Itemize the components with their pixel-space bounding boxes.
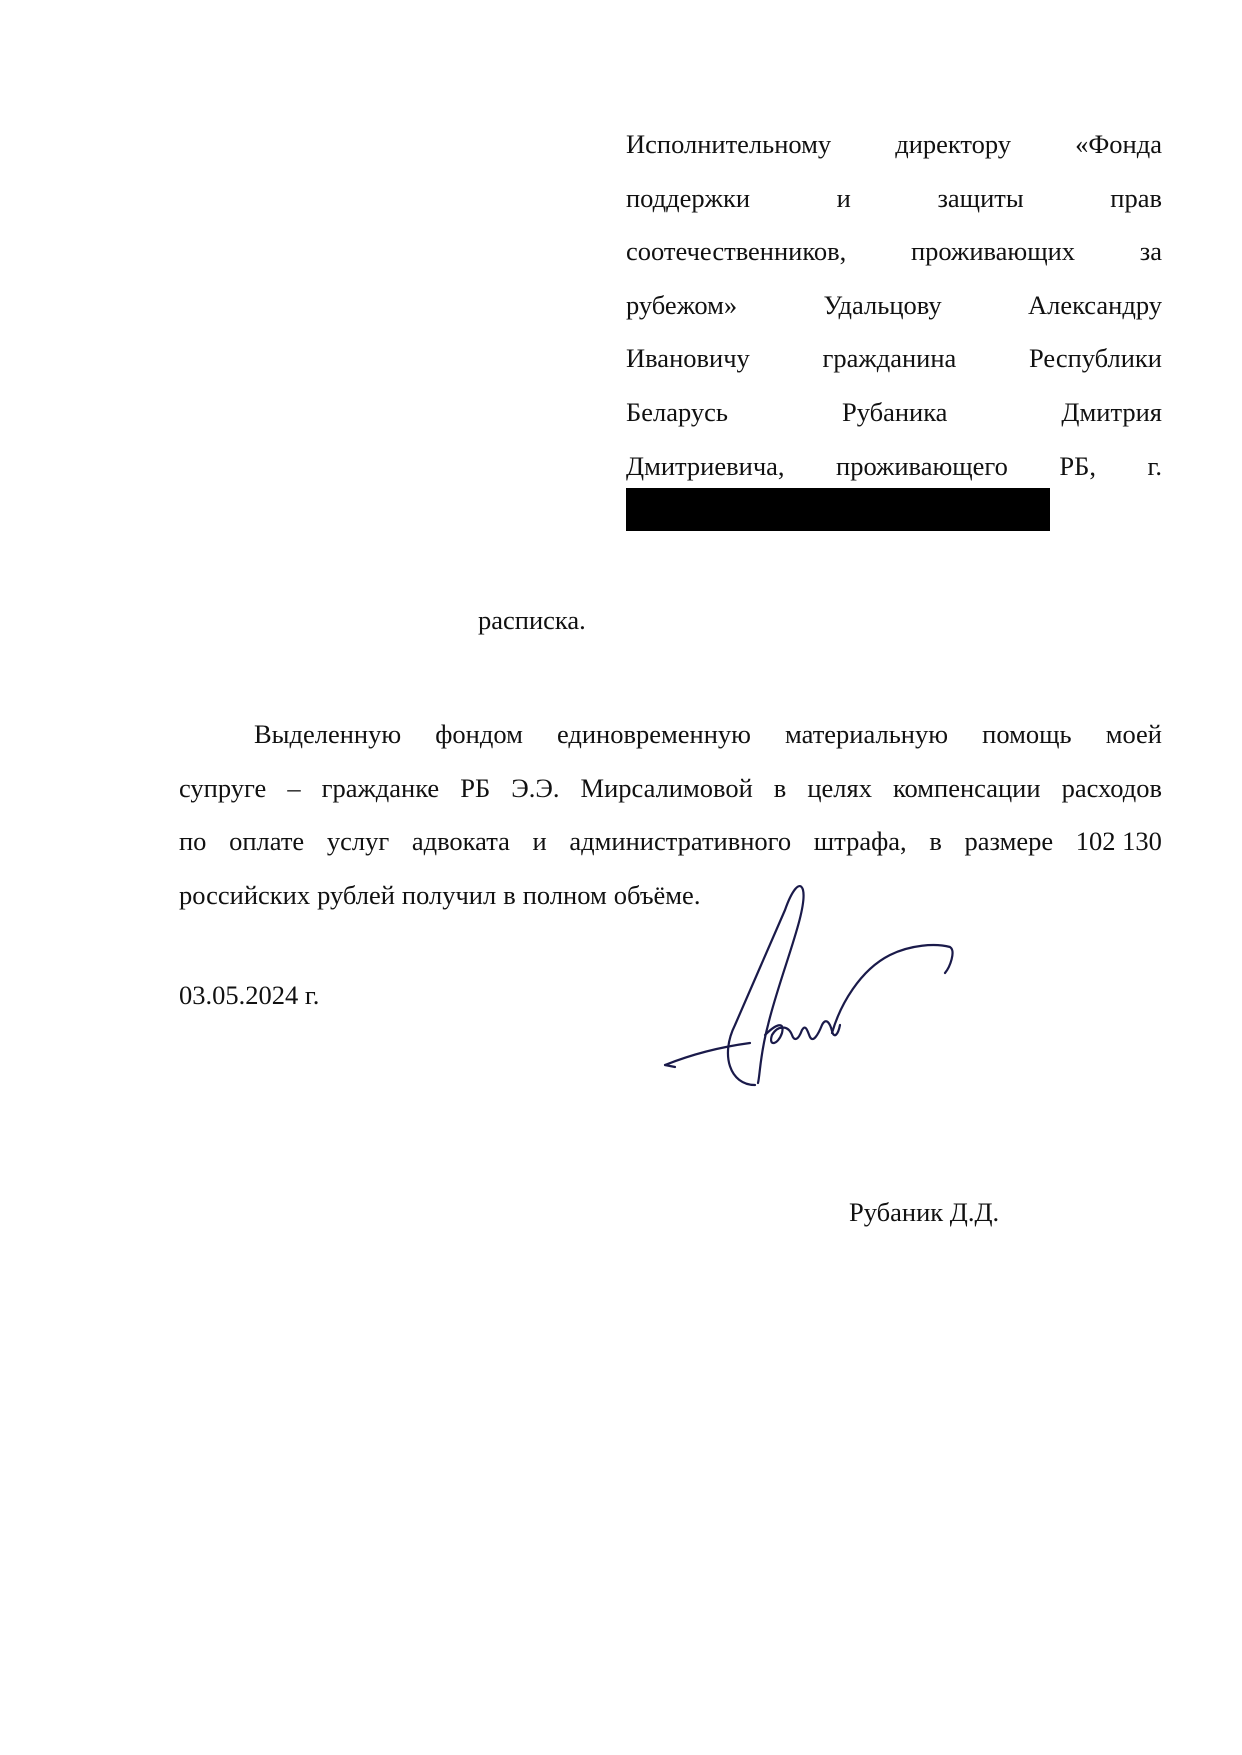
body-line: пооплатеуслугадвокатаиадминистративногош… <box>179 815 1162 869</box>
addressee-word: гражданина <box>823 332 957 386</box>
addressee-word: Дмитриевича, <box>626 440 785 494</box>
body-word: моей <box>1106 708 1162 762</box>
body-word: адвоката <box>412 815 510 869</box>
addressee-line: БеларусьРубаникаДмитрия <box>626 386 1162 440</box>
body-line: супруге–гражданкеРБЭ.Э.Мирсалимовойвцеля… <box>179 762 1162 816</box>
addressee-word: г. <box>1147 440 1162 494</box>
addressee-word: прав <box>1110 172 1162 226</box>
addressee-word: защиты <box>937 172 1023 226</box>
addressee-word: Александру <box>1028 279 1162 333</box>
body-word: расходов <box>1062 762 1162 816</box>
addressee-word: РБ, <box>1059 440 1096 494</box>
addressee-word: и <box>837 172 851 226</box>
body-word: материальную <box>785 708 948 762</box>
addressee-line: ИвановичугражданинаРеспублики <box>626 332 1162 386</box>
body-word: оплате <box>229 815 304 869</box>
addressee-word: Республики <box>1029 332 1162 386</box>
addressee-line: Исполнительномудиректору«Фонда <box>626 118 1162 172</box>
body-word: штрафа, <box>814 815 907 869</box>
addressee-word: Ивановичу <box>626 332 750 386</box>
body-word: в <box>774 762 787 816</box>
addressee-block: Исполнительномудиректору«Фондаподдержкии… <box>626 118 1162 493</box>
document-title: расписка. <box>478 603 586 637</box>
body-word: размере <box>964 815 1053 869</box>
addressee-word: директору <box>895 118 1011 172</box>
body-word: рублей <box>317 869 395 923</box>
addressee-word: проживающего <box>836 440 1008 494</box>
body-word: фондом <box>435 708 523 762</box>
addressee-word: Исполнительному <box>626 118 831 172</box>
body-word: супруге <box>179 762 266 816</box>
document-page: Исполнительномудиректору«Фондаподдержкии… <box>0 0 1242 1755</box>
body-word: компенсации <box>893 762 1041 816</box>
body-word: 102 130 <box>1076 815 1162 869</box>
signature-icon <box>660 875 990 1110</box>
body-word: получил <box>402 869 496 923</box>
body-word: и <box>533 815 547 869</box>
addressee-line: поддержкиизащитыправ <box>626 172 1162 226</box>
body-word: в <box>929 815 942 869</box>
addressee-word: «Фонда <box>1075 118 1162 172</box>
addressee-word: Беларусь <box>626 386 728 440</box>
body-word: Э.Э. <box>511 762 559 816</box>
addressee-word: соотечественников, <box>626 225 846 279</box>
addressee-word: поддержки <box>626 172 750 226</box>
body-word: российских <box>179 869 310 923</box>
body-line: Выделеннуюфондомединовременнуюматериальн… <box>179 708 1162 762</box>
signer-name: Рубаник Д.Д. <box>849 1195 999 1229</box>
addressee-line: рубежом»УдальцовуАлександру <box>626 279 1162 333</box>
body-word: гражданке <box>322 762 440 816</box>
body-word: по <box>179 815 206 869</box>
body-word: Мирсалимовой <box>581 762 753 816</box>
addressee-word: за <box>1140 225 1162 279</box>
body-word: Выделенную <box>254 708 401 762</box>
document-date: 03.05.2024 г. <box>179 978 319 1012</box>
body-word: РБ <box>460 762 490 816</box>
redacted-address <box>626 488 1050 531</box>
body-word: помощь <box>982 708 1071 762</box>
addressee-line: соотечественников,проживающихза <box>626 225 1162 279</box>
body-word: целях <box>807 762 872 816</box>
body-word: – <box>287 762 300 816</box>
addressee-line: Дмитриевича,проживающегоРБ,г. <box>626 440 1162 494</box>
addressee-word: Дмитрия <box>1061 386 1162 440</box>
body-word: единовременную <box>557 708 751 762</box>
body-word: административного <box>569 815 791 869</box>
addressee-word: рубежом» <box>626 279 737 333</box>
body-word: полном <box>523 869 607 923</box>
body-word: в <box>503 869 516 923</box>
addressee-word: Рубаника <box>842 386 947 440</box>
addressee-word: Удальцову <box>823 279 941 333</box>
body-word: услуг <box>327 815 389 869</box>
addressee-word: проживающих <box>911 225 1075 279</box>
